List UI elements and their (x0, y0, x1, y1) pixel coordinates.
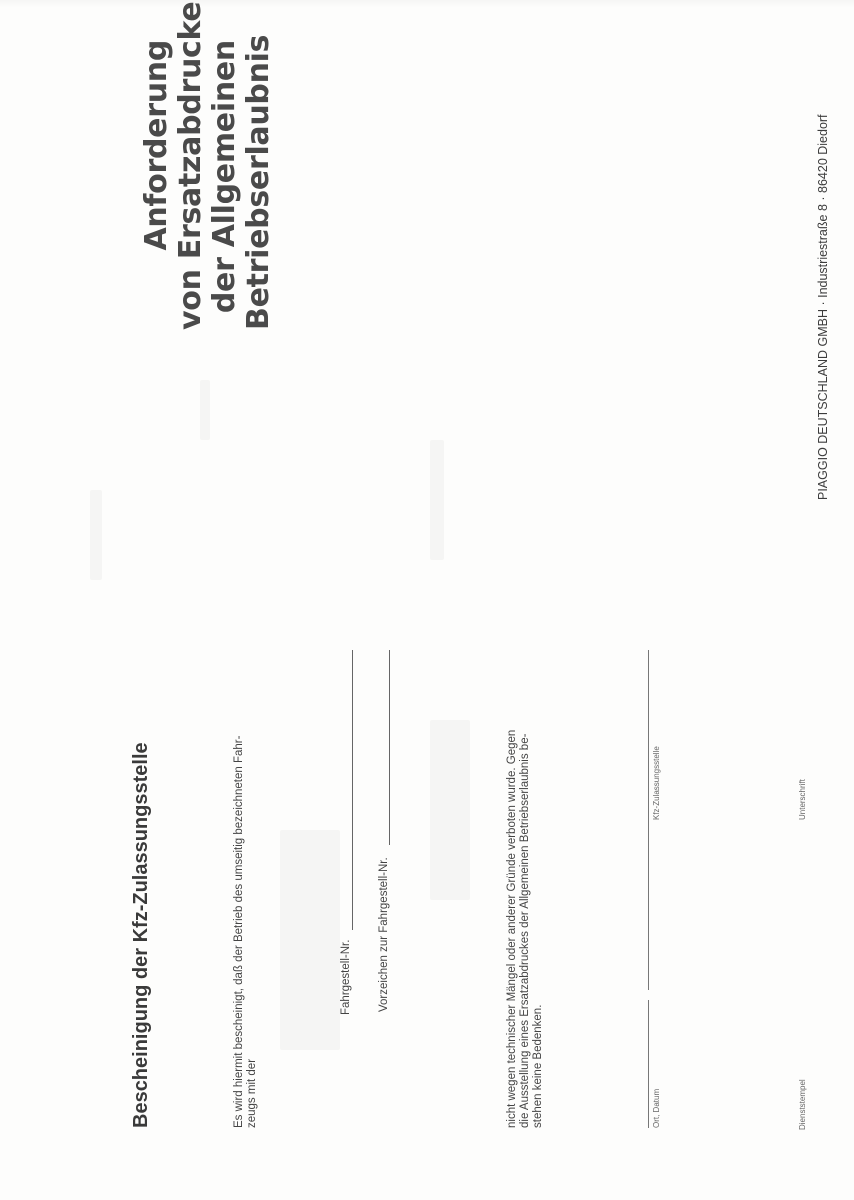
scan-artifact (430, 440, 444, 560)
cover-title-line: von Ersatzabdrucken (174, 40, 208, 330)
registration-office-field[interactable] (648, 650, 649, 990)
place-date-label: Ort, Datum (652, 1089, 661, 1128)
chassis-number-label: Fahrgestell-Nr. (340, 940, 352, 1015)
scan-artifact (280, 830, 340, 1050)
certificate-closing: nicht wegen technischer Mängel oder ande… (506, 730, 545, 1128)
registration-office-label: Kfz-Zulassungsstelle (652, 746, 661, 820)
signature-label: Unterschrift (798, 779, 807, 820)
scan-edge-shadow (0, 0, 854, 8)
closing-line: die Ausstellung eines Ersatzabdruckes de… (519, 730, 532, 1128)
chassis-prefix-label: Vorzeichen zur Fahrgestell-Nr. (378, 857, 390, 1012)
scan-artifact (430, 720, 470, 900)
certificate-title: Bescheinigung der Kfz-Zulassungsstelle (130, 742, 153, 1128)
cover-title-line: Betriebserlaubnis (242, 40, 276, 330)
rotated-document-page: Anforderung von Ersatzabdrucken der Allg… (0, 0, 854, 1200)
certificate-intro: Es wird hiermit bescheinigt, daß der Bet… (233, 736, 259, 1128)
company-address-footer: PIAGGIO DEUTSCHLAND GMBH · Industriestra… (816, 114, 830, 500)
scan-artifact (90, 490, 102, 580)
place-date-field[interactable] (648, 1000, 649, 1128)
chassis-number-field[interactable] (352, 650, 353, 930)
closing-line: nicht wegen technischer Mängel oder ande… (506, 730, 519, 1128)
cover-title: Anforderung von Ersatzabdrucken der Allg… (140, 40, 276, 330)
closing-line: stehen keine Bedenken. (532, 730, 545, 1128)
cover-title-line: Anforderung (140, 40, 174, 330)
intro-line: zeugs mit der (246, 736, 259, 1128)
official-stamp-label: Dienststempel (798, 1079, 807, 1130)
intro-line: Es wird hiermit bescheinigt, daß der Bet… (233, 736, 246, 1128)
scan-artifact (200, 380, 210, 440)
chassis-prefix-field[interactable] (389, 650, 390, 845)
cover-title-line: der Allgemeinen (208, 40, 242, 330)
